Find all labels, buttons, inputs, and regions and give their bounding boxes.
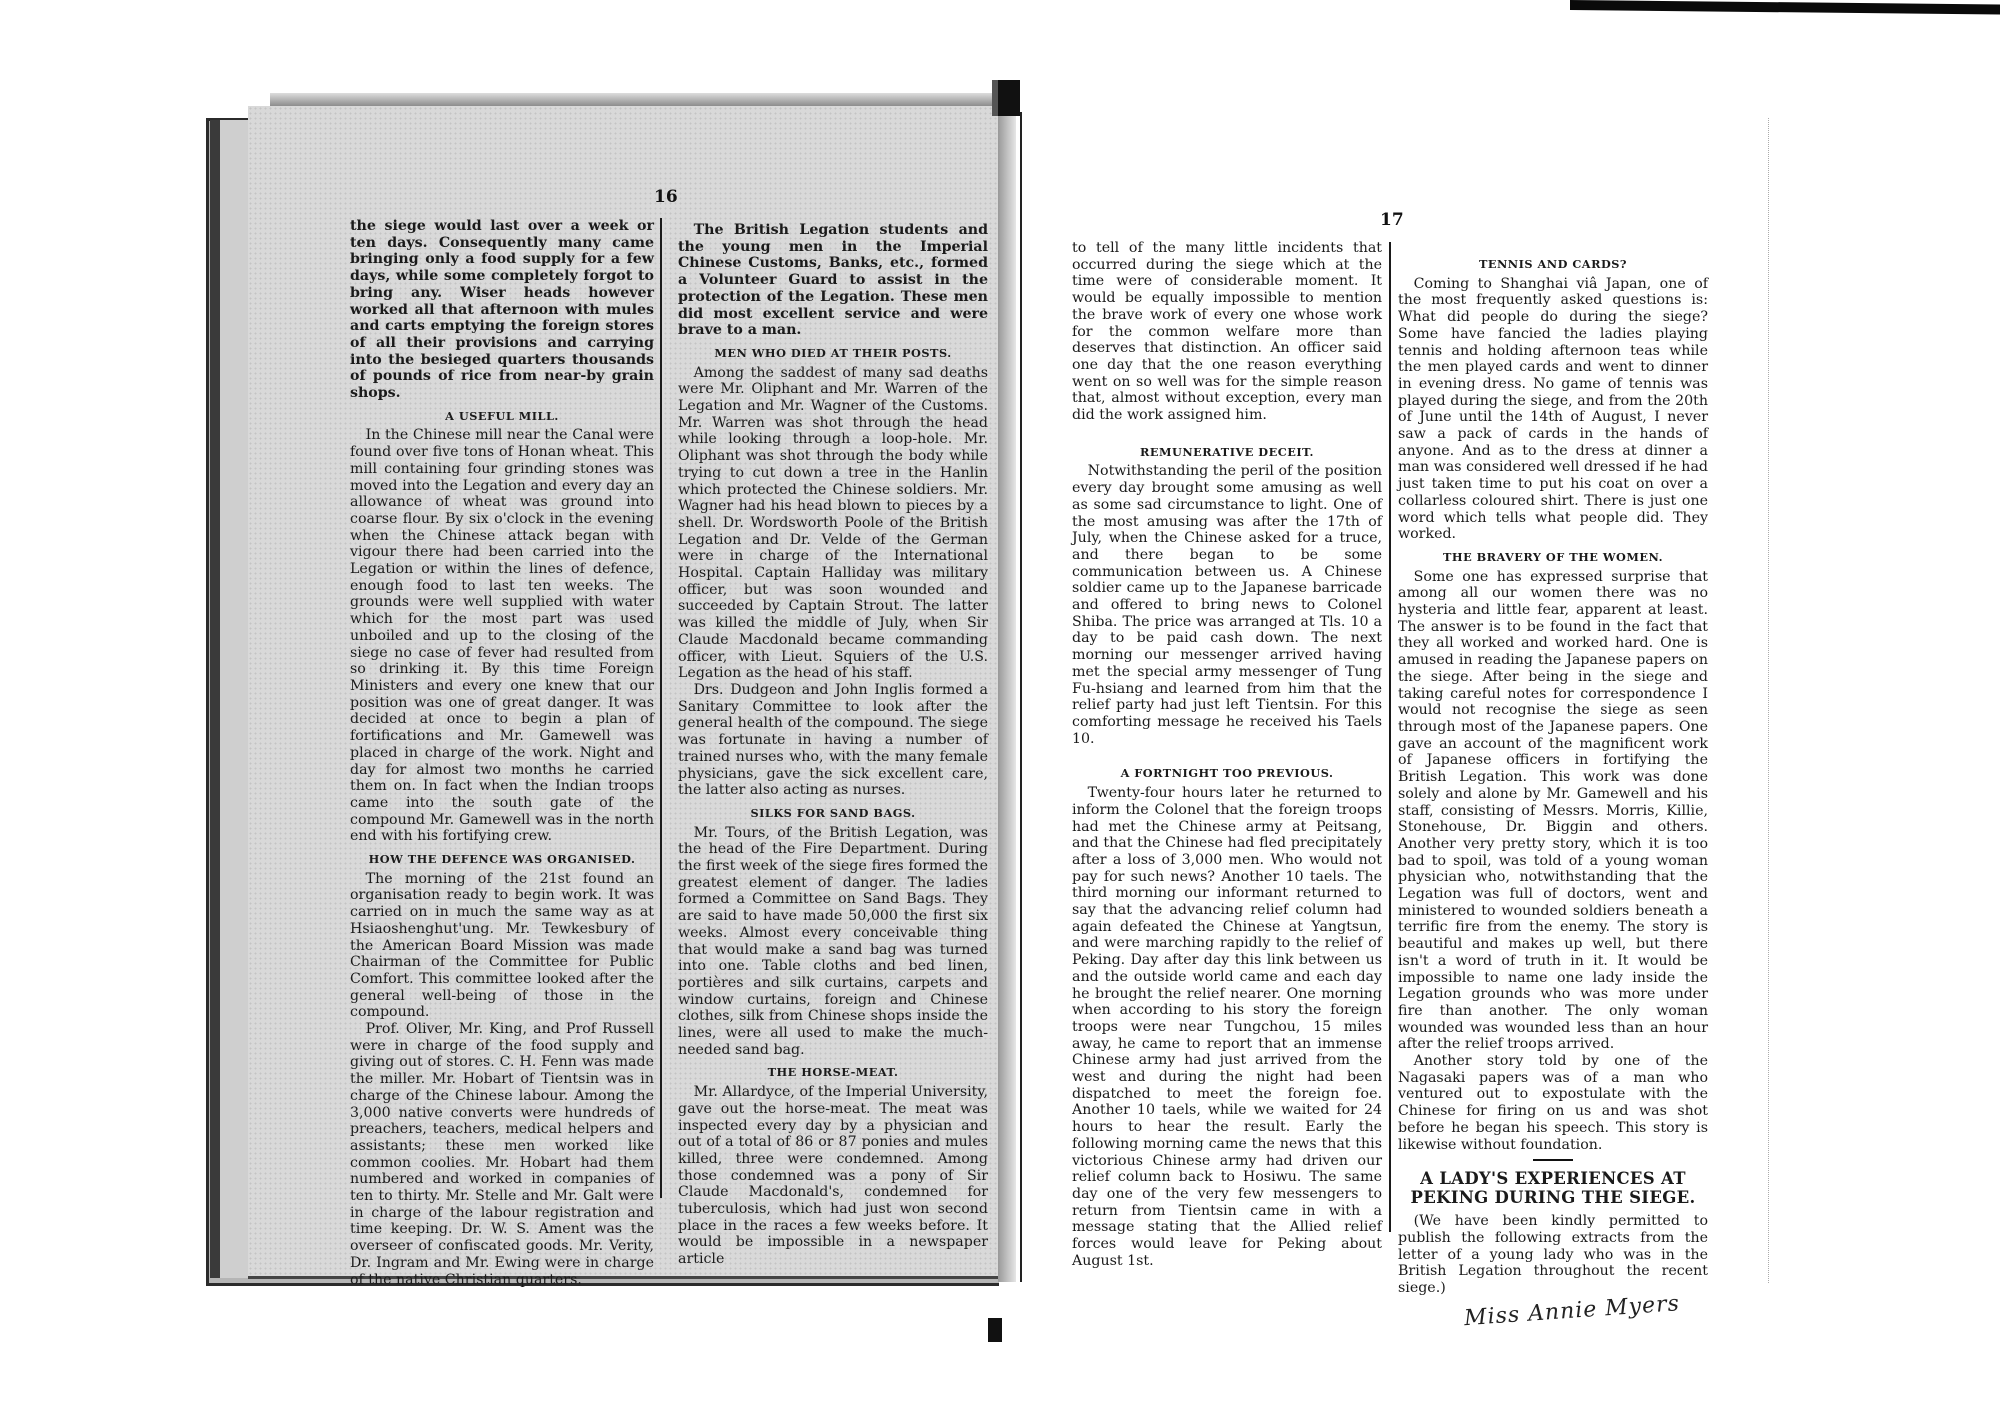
- section-heading: MEN WHO DIED AT THEIR POSTS.: [678, 345, 988, 362]
- column-rule: [1389, 242, 1391, 1232]
- section-heading: TENNIS AND CARDS?: [1398, 256, 1708, 273]
- divider: [1533, 1159, 1573, 1161]
- paragraph: the siege would last over a week or ten …: [350, 218, 654, 402]
- section-heading: A USEFUL MILL.: [350, 408, 654, 425]
- paragraph: Twenty-four hours later he returned to i…: [1072, 785, 1382, 1269]
- page16-column1: the siege would last over a week or ten …: [350, 218, 654, 1288]
- section-heading: SILKS FOR SAND BAGS.: [678, 805, 988, 822]
- page17-column2: TENNIS AND CARDS? Coming to Shanghai viâ…: [1398, 250, 1708, 1321]
- book-spine-edge: [210, 120, 248, 1278]
- paragraph: Another story told by one of the Nagasak…: [1398, 1053, 1708, 1153]
- ribbon-marker: [992, 80, 1020, 116]
- section-heading: HOW THE DEFENCE WAS ORGANISED.: [350, 851, 654, 868]
- paragraph: to tell of the many little incidents tha…: [1072, 240, 1382, 424]
- page-edge-right: [1768, 118, 1770, 1283]
- column-rule: [660, 218, 662, 1198]
- page-number-left: 16: [654, 187, 678, 207]
- paragraph: In the Chinese mill near the Canal were …: [350, 427, 654, 845]
- paragraph: Prof. Oliver, Mr. King, and Prof Russell…: [350, 1021, 654, 1288]
- page17-column1: to tell of the many little incidents tha…: [1072, 240, 1382, 1269]
- paragraph: Coming to Shanghai viâ Japan, one of the…: [1398, 276, 1708, 543]
- paragraph: The morning of the 21st found an organis…: [350, 871, 654, 1021]
- book-gutter: [998, 112, 1016, 1282]
- bottom-marker: [988, 1318, 1002, 1342]
- paragraph: The British Legation students and the yo…: [678, 222, 988, 339]
- handwritten-signature: Miss Annie Myers: [1398, 1294, 1708, 1332]
- page-number-right: 17: [1380, 210, 1404, 230]
- paragraph: Drs. Dudgeon and John Inglis formed a Sa…: [678, 682, 988, 799]
- paragraph: Some one has expressed surprise that amo…: [1398, 569, 1708, 1053]
- page16-column2: The British Legation students and the yo…: [678, 222, 988, 1268]
- paragraph: Among the saddest of many sad deaths wer…: [678, 365, 988, 682]
- section-heading: REMUNERATIVE DECEIT.: [1072, 444, 1382, 461]
- paragraph: Notwithstanding the peril of the positio…: [1072, 463, 1382, 747]
- section-heading: THE BRAVERY OF THE WOMEN.: [1398, 549, 1708, 566]
- paragraph: (We have been kindly permitted to publis…: [1398, 1213, 1708, 1297]
- scan-edge-strip: [1570, 0, 2000, 15]
- paragraph: Mr. Tours, of the British Legation, was …: [678, 825, 988, 1059]
- article-title: A LADY'S EXPERIENCES AT PEKING DURING TH…: [1398, 1169, 1708, 1207]
- section-heading: A FORTNIGHT TOO PREVIOUS.: [1072, 765, 1382, 782]
- paragraph: Mr. Allardyce, of the Imperial Universit…: [678, 1084, 988, 1268]
- section-heading: THE HORSE-MEAT.: [678, 1064, 988, 1081]
